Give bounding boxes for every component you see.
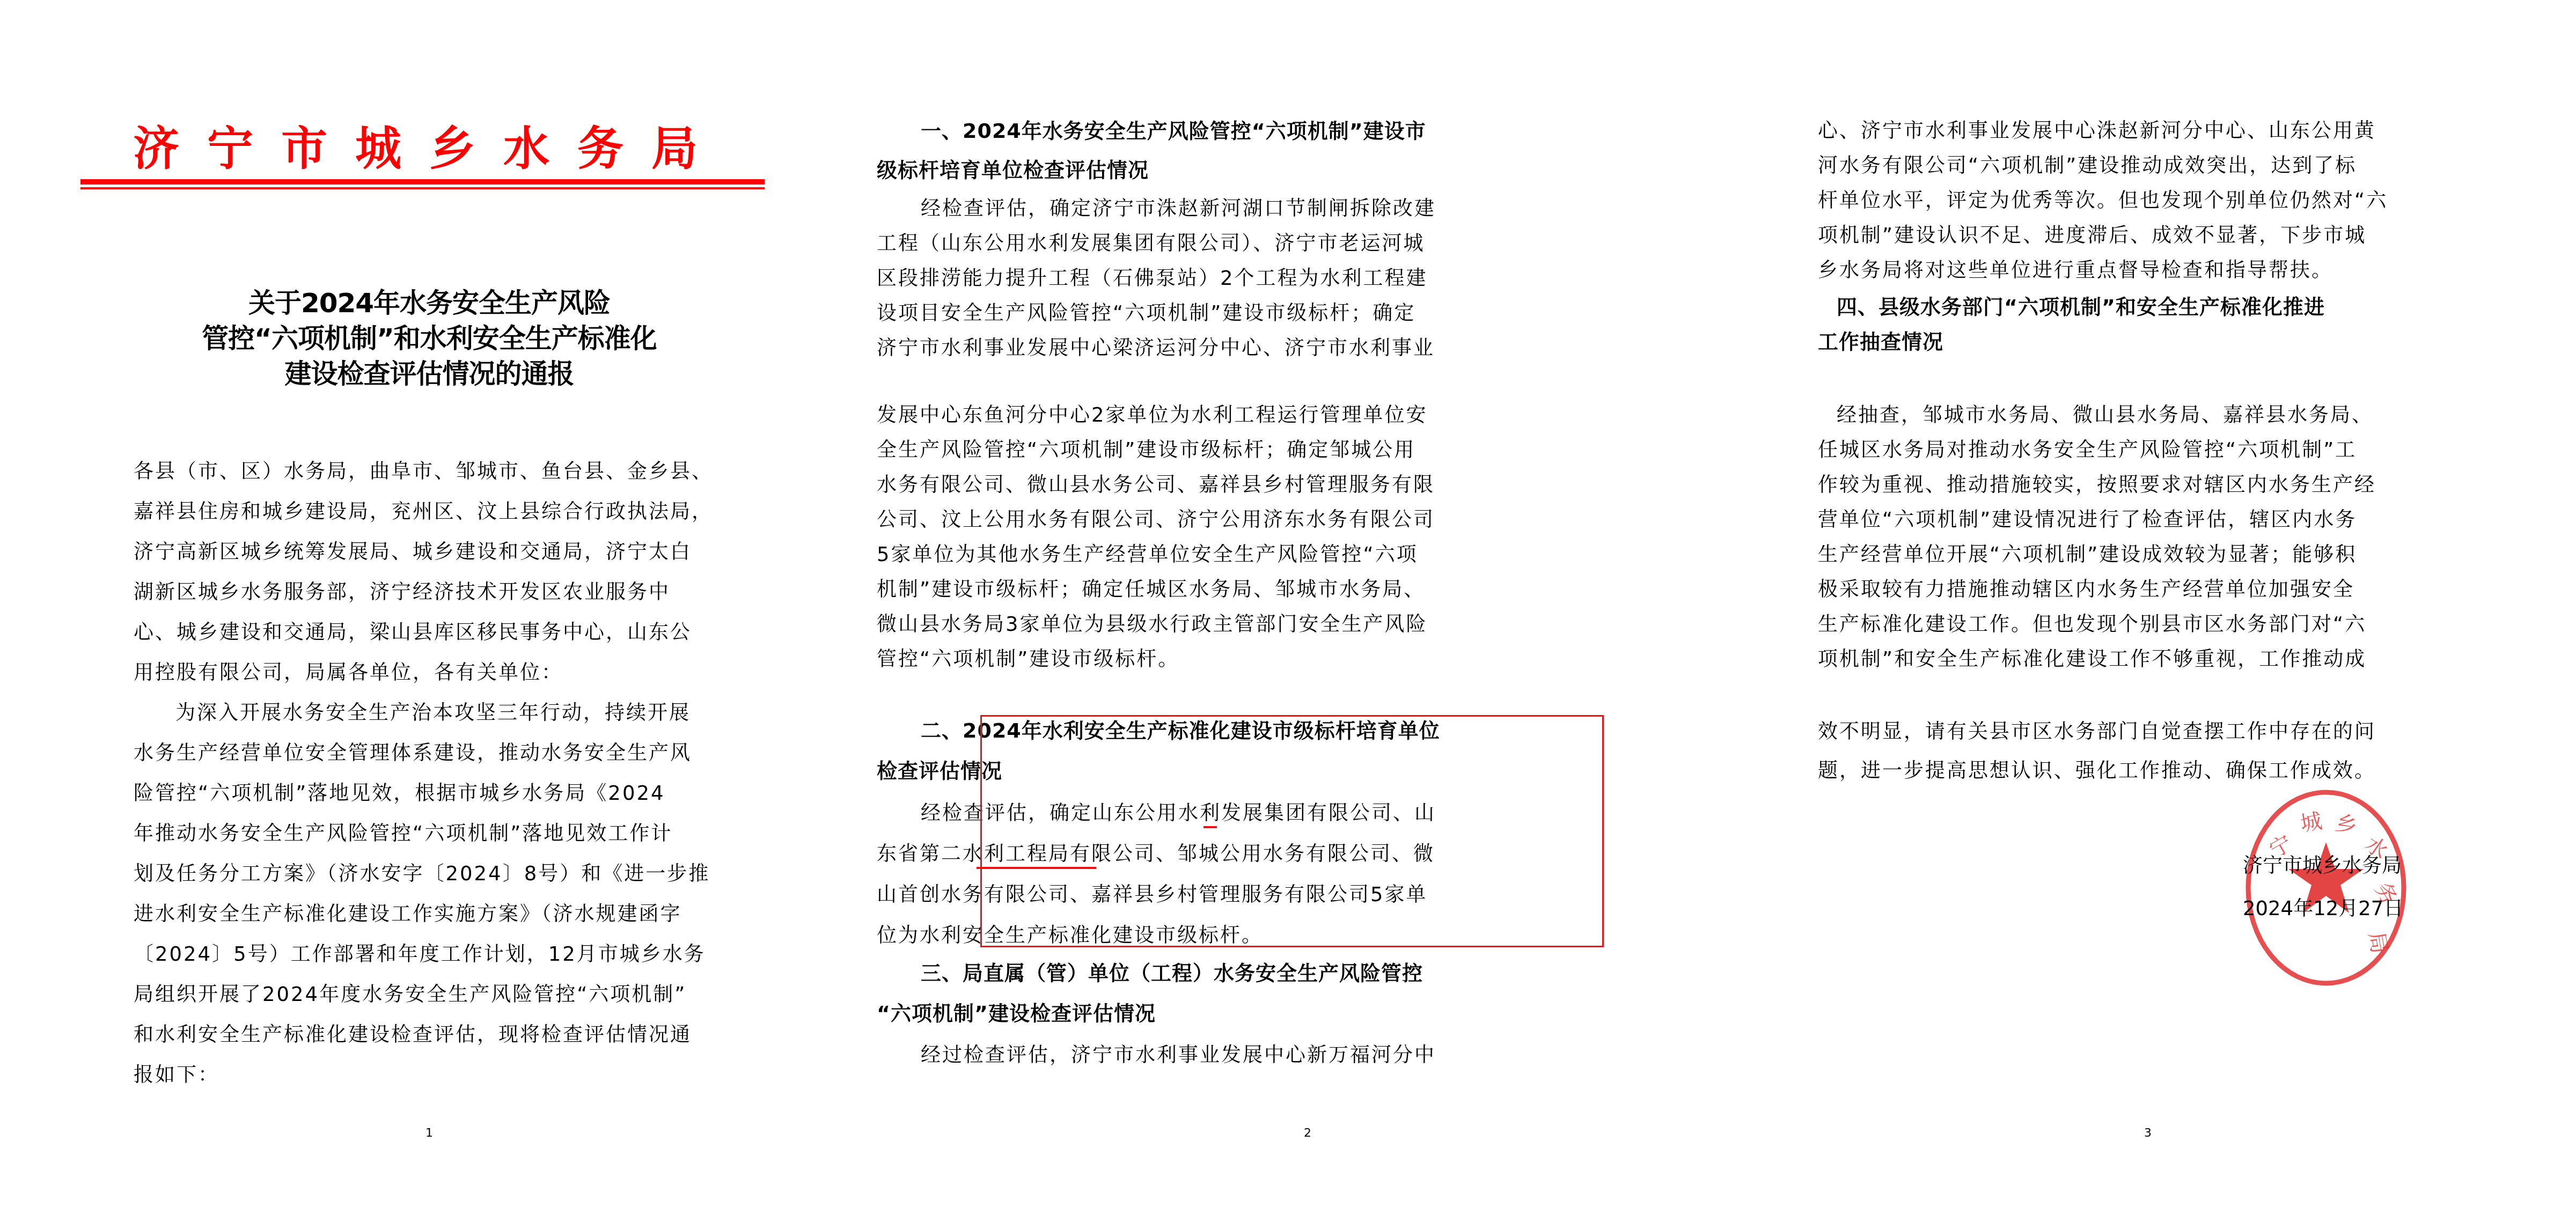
section-4-body-line: 任城区水务局对推动水务安全生产风险管控“六项机制”工 xyxy=(1818,440,2357,460)
section-1-body-line: 管控“六项机制”建设市级标杆。 xyxy=(877,649,1179,669)
document-title-line-1: 关于2024年水务安全生产风险 xyxy=(80,290,778,316)
intro-line: 险管控“六项机制”落地见效，根据市城乡水务局《2024 xyxy=(134,783,665,803)
section-1-body-line: 公司、汶上公用水务有限公司、济宁公用济东水务有限公司 xyxy=(877,510,1435,529)
highlight-box-section-2 xyxy=(980,715,1604,947)
section-3-continued-line: 心、济宁市水利事业发展中心洙赵新河分中心、山东公用黄 xyxy=(1818,121,2376,141)
svg-text:局: 局 xyxy=(2364,930,2391,955)
section-1-body-line: 设项目安全生产风险管控“六项机制”建设市级标杆；确定 xyxy=(877,303,1415,323)
section-3-body-line: 经过检查评估，济宁市水利事业发展中心新万福河分中 xyxy=(921,1045,1436,1065)
section-4-body-line: 作较为重视、推动措施较实，按照要求对辖区内水务生产经 xyxy=(1818,475,2376,495)
section-4-body-line: 项机制”和安全生产标准化建设工作不够重视，工作推动成 xyxy=(1818,649,2366,669)
section-1-heading: 一、2024年水务安全生产风险管控“六项机制”建设市 xyxy=(921,121,1426,141)
intro-line: 报如下： xyxy=(134,1065,219,1085)
masthead-title: 济宁市城乡水务局 xyxy=(80,126,778,172)
section-1-body-line: 发展中心东鱼河分中心2家单位为水利工程运行管理单位安 xyxy=(877,405,1428,425)
section-4-body-line: 极采取较有力措施推动辖区内水务生产经营单位加强安全 xyxy=(1818,579,2354,599)
document-title-line-3: 建设检查评估情况的通报 xyxy=(80,360,778,387)
intro-line: 水务生产经营单位安全管理体系建设，推动水务安全生产风 xyxy=(134,743,692,763)
intro-line: 进水利安全生产标准化建设工作实施方案》（济水规建函字 xyxy=(134,904,682,924)
masthead-rule-thin xyxy=(80,187,765,189)
section-4-body-line: 生产经营单位开展“六项机制”建设成效较为显著；能够积 xyxy=(1818,544,2357,564)
section-1-body-line: 机制”建设市级标杆；确定任城区水务局、邹城市水务局、 xyxy=(877,579,1425,599)
section-3-continued-line: 乡水务局将对这些单位进行重点督导检查和指导帮扶。 xyxy=(1818,260,2333,280)
section-1-body-line: 水务有限公司、微山县水务公司、嘉祥县乡村管理服务有限 xyxy=(877,475,1435,495)
addressee-line: 湖新区城乡水务服务部，济宁经济技术开发区农业服务中 xyxy=(134,582,670,602)
intro-line: 〔2024〕5号）工作部署和年度工作计划，12月市城乡水务 xyxy=(134,944,706,964)
underline-annotation xyxy=(1203,826,1217,828)
section-3-continued-line: 河水务有限公司“六项机制”建设推动成效突出，达到了标 xyxy=(1818,156,2357,175)
signature-date: 2024年12月27日 xyxy=(2243,892,2403,921)
section-3-heading: “六项机制”建设检查评估情况 xyxy=(877,1003,1156,1023)
section-4-body-line: 生产标准化建设工作。但也发现个别县市区水务部门对“六 xyxy=(1818,614,2366,634)
section-4-heading: 四、县级水务部门“六项机制”和安全生产标准化推进 xyxy=(1837,297,2325,317)
section-1-heading: 级标杆培育单位检查评估情况 xyxy=(877,160,1149,180)
section-1-body-line: 区段排涝能力提升工程（石佛泵站）2个工程为水利工程建 xyxy=(877,268,1428,288)
section-4-heading: 工作抽查情况 xyxy=(1818,332,1943,352)
intro-line: 局组织开展了2024年度水务安全生产风险管控“六项机制” xyxy=(134,984,687,1004)
svg-text:城: 城 xyxy=(2299,809,2324,837)
section-1-body-line: 全生产风险管控“六项机制”建设市级标杆；确定邹城公用 xyxy=(877,440,1415,460)
page-number: 1 xyxy=(425,1126,433,1140)
intro-line: 为深入开展水务安全生产治本攻坚三年行动，持续开展 xyxy=(175,703,691,723)
section-1-body-line: 5家单位为其他水务生产经营单位安全生产风险管控“六项 xyxy=(877,544,1418,564)
document-page-2: 一、2024年水务安全生产风险管控“六项机制”建设市 级标杆培育单位检查评估情况… xyxy=(858,0,1717,1215)
page-number: 3 xyxy=(2144,1126,2152,1140)
page-number: 2 xyxy=(1304,1126,1311,1140)
section-3-continued-line: 杆单位水平，评定为优秀等次。但也发现个别单位仍然对“六 xyxy=(1818,190,2388,210)
addressee-line: 济宁高新区城乡统筹发展局、城乡建设和交通局，济宁太白 xyxy=(134,542,692,562)
section-1-body-line: 工程（山东公用水利发展集团有限公司）、济宁市老运河城 xyxy=(877,233,1425,253)
section-3-heading: 三、局直属（管）单位（工程）水务安全生产风险管控 xyxy=(921,963,1423,983)
document-page-1: 济宁市城乡水务局 关于2024年水务安全生产风险 管控“六项机制”和水利安全生产… xyxy=(0,0,858,1215)
section-1-body-line: 微山县水务局3家单位为县级水行政主管部门安全生产风险 xyxy=(877,614,1428,634)
section-1-body-line: 济宁市水利事业发展中心梁济运河分中心、济宁市水利事业 xyxy=(877,338,1435,358)
addressee-line: 心、城乡建设和交通局，梁山县库区移民事务中心，山东公 xyxy=(134,622,692,642)
document-page-3: 心、济宁市水利事业发展中心洙赵新河分中心、山东公用黄 河水务有限公司“六项机制”… xyxy=(1717,0,2576,1215)
addressee-line: 各县（市、区）水务局，曲阜市、邹城市、鱼台县、金乡县、 xyxy=(134,461,713,481)
section-3-continued-line: 项机制”建设认识不足、进度滞后、成效不显著，下步市城 xyxy=(1818,225,2366,245)
section-4-body-line: 营单位“六项机制”建设情况进行了检查评估，辖区内水务 xyxy=(1818,510,2357,529)
signature-organization: 济宁市城乡水务局 xyxy=(2243,849,2402,878)
section-4-body-line: 经抽查，邹城市水务局、微山县水务局、嘉祥县水务局、 xyxy=(1837,405,2373,425)
addressee-line: 用控股有限公司，局属各单位，各有关单位： xyxy=(134,662,563,682)
svg-text:乡: 乡 xyxy=(2332,810,2360,840)
section-4-body-line: 题，进一步提高思想认识、强化工作推动、确保工作成效。 xyxy=(1818,761,2376,780)
masthead-rule-thick xyxy=(80,179,765,185)
official-seal-icon: 宁 城 乡 水 务 局 xyxy=(2243,789,2409,987)
document-title-line-2: 管控“六项机制”和水利安全生产标准化 xyxy=(80,325,778,352)
intro-line: 和水利安全生产标准化建设检查评估，现将检查评估情况通 xyxy=(134,1025,692,1044)
intro-line: 划及任务分工方案》（济水安字〔2024〕8号）和《进一步推 xyxy=(134,864,710,883)
section-4-body-line: 效不明显，请有关县市区水务部门自觉查摆工作中存在的问 xyxy=(1818,721,2376,741)
underline-annotation xyxy=(977,867,1096,869)
section-1-body-line: 经检查评估，确定济宁市洙赵新河湖口节制闸拆除改建 xyxy=(921,198,1436,218)
addressee-line: 嘉祥县住房和城乡建设局，兖州区、汶上县综合行政执法局， xyxy=(134,502,713,521)
intro-line: 年推动水务安全生产风险管控“六项机制”落地见效工作计 xyxy=(134,823,672,843)
